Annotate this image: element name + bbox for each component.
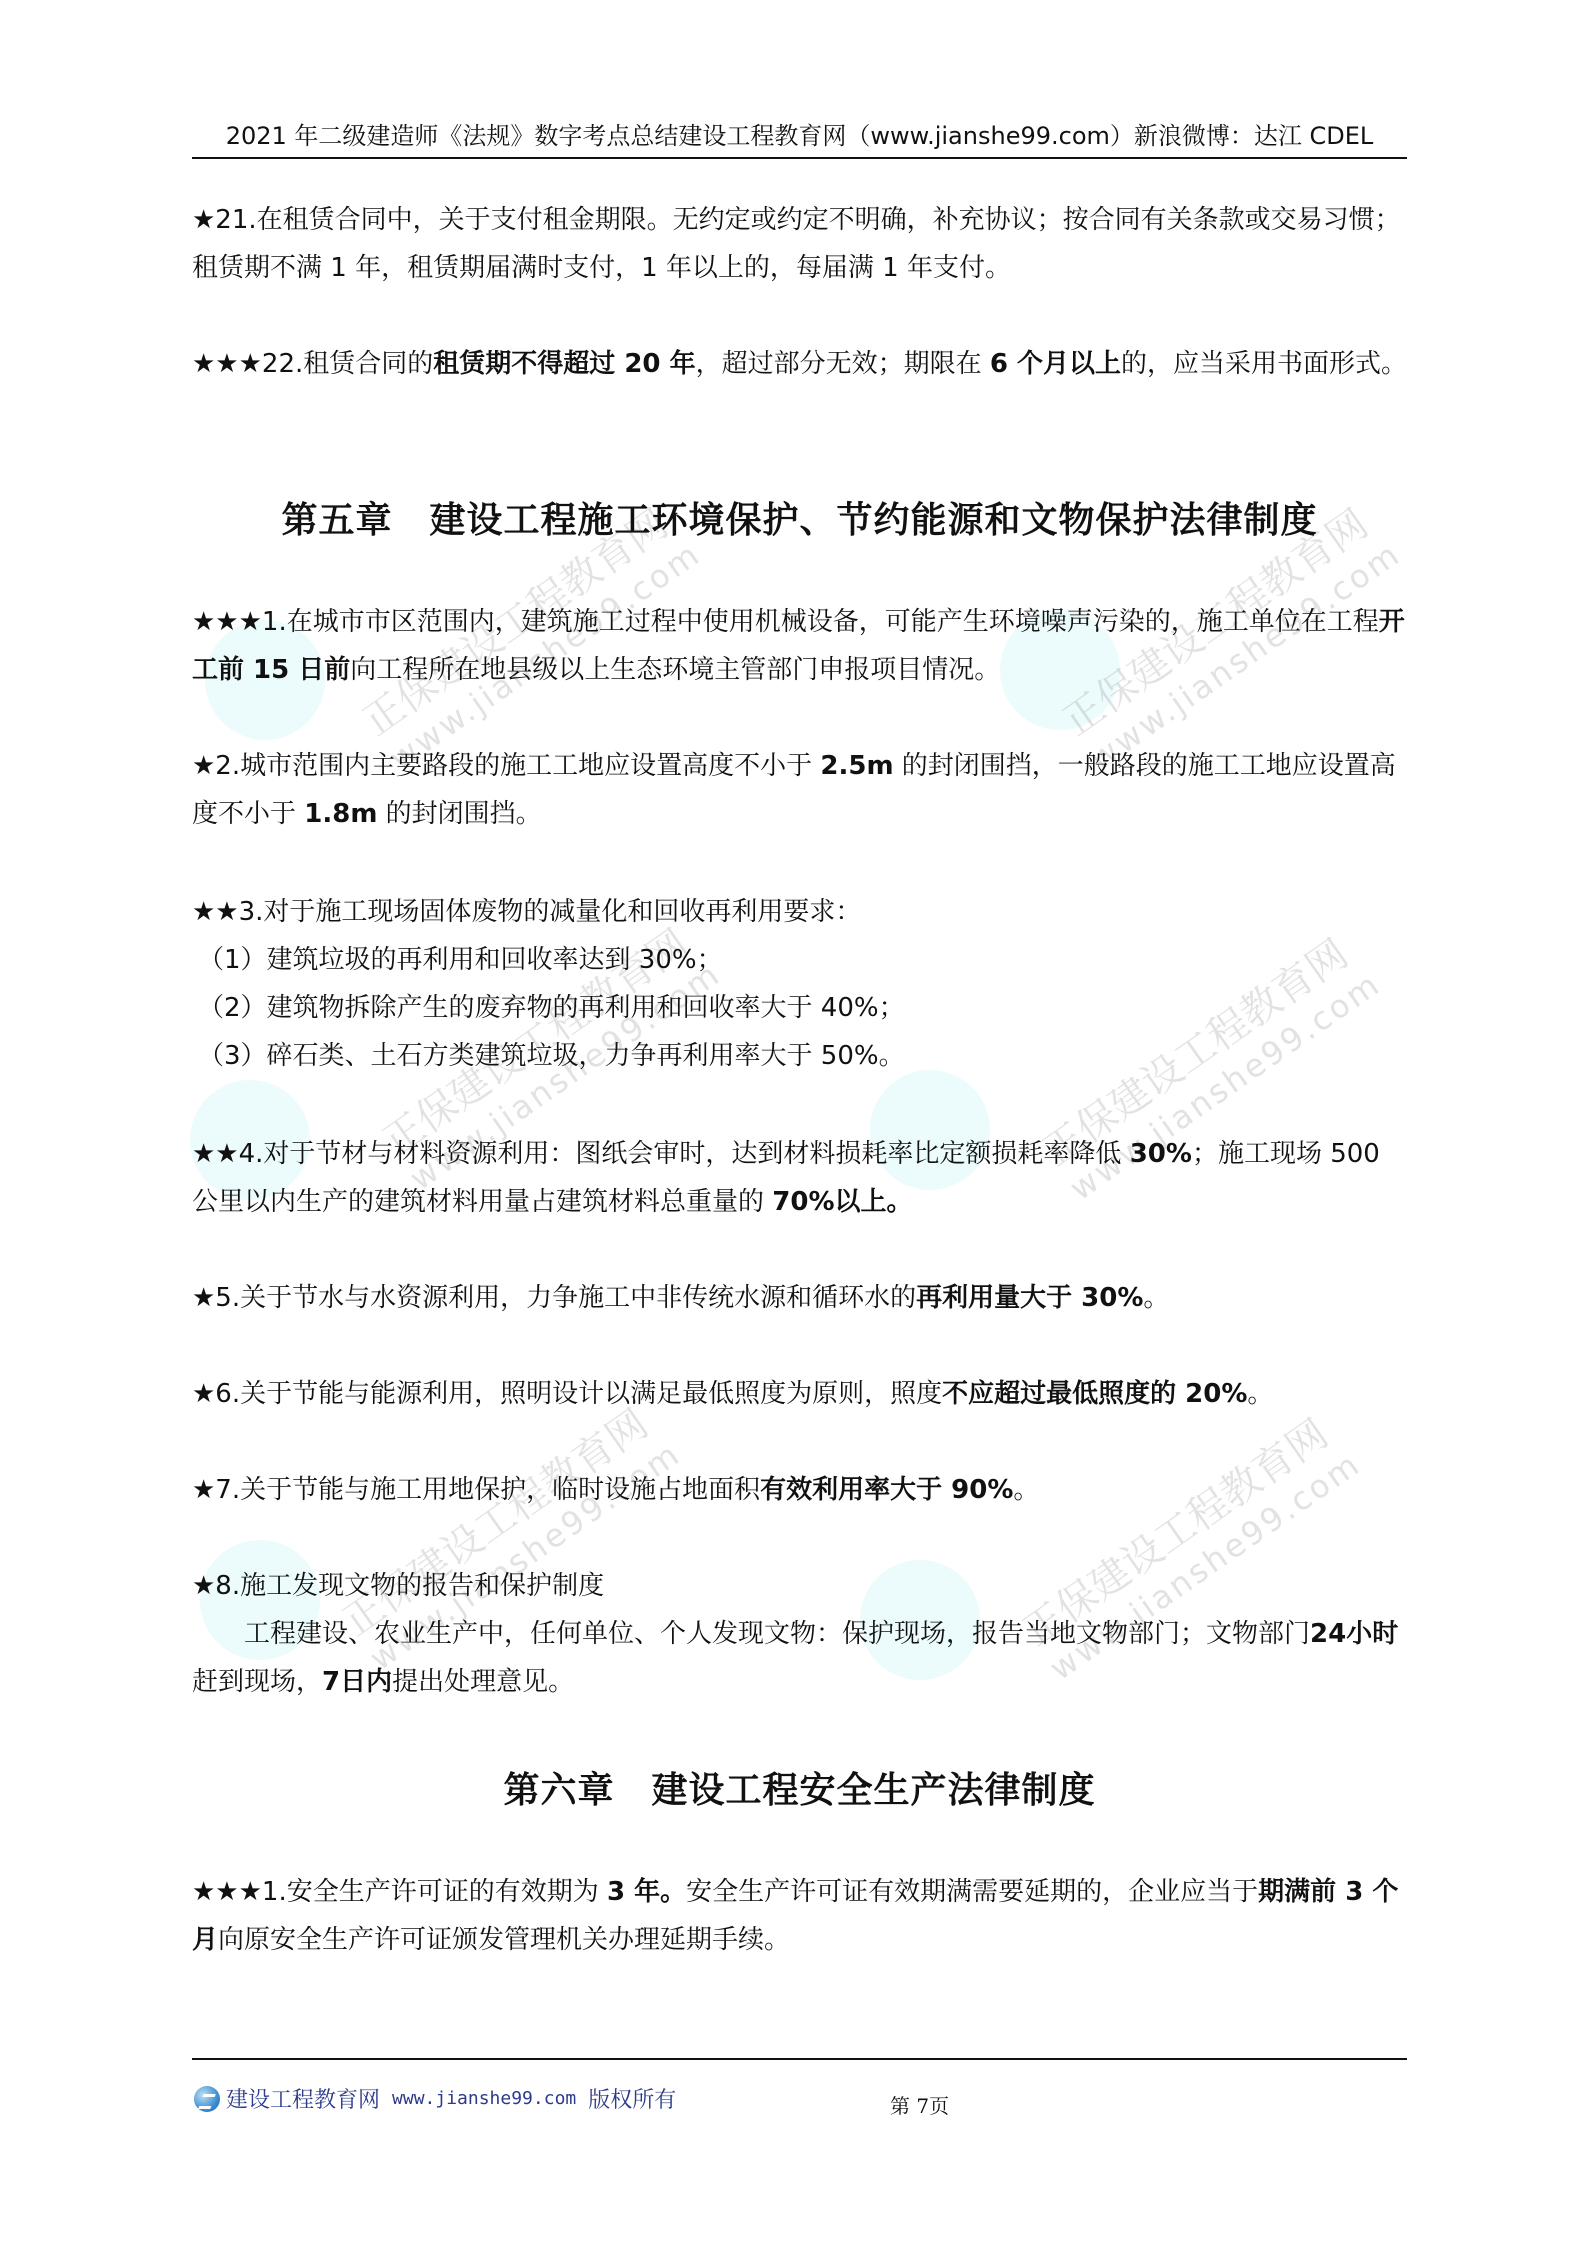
header-divider — [192, 157, 1407, 159]
footer-brand: 建设工程教育网 www.jianshe99.com 版权所有 — [194, 2083, 676, 2114]
ch5-item-3-sub-3: （3）碎石类、土石方类建筑垃圾，力争再利用率大于 50%。 — [192, 1032, 1407, 1080]
ch5-item-8-body: 工程建设、农业生产中，任何单位、个人发现文物：保护现场，报告当地文物部门；文物部… — [192, 1610, 1407, 1706]
page-header: 2021 年二级建造师《法规》数字考点总结建设工程教育网（www.jianshe… — [192, 116, 1407, 151]
footer-divider — [192, 2058, 1407, 2060]
ch5-item-3: ★★3.对于施工现场固体废物的减量化和回收再利用要求： （1）建筑垃圾的再利用和… — [192, 888, 1407, 1080]
footer-url: www.jianshe99.com — [392, 2088, 576, 2109]
chapter-6-title: 第六章 建设工程安全生产法律制度 — [192, 1762, 1407, 1813]
document-page: 正保建设工程教育网www.jianshe99.com 正保建设工程教育网www.… — [0, 0, 1587, 2245]
ch5-item-2: ★2.城市范围内主要路段的施工工地应设置高度不小于 2.5m 的封闭围挡，一般路… — [192, 742, 1407, 838]
ch5-item-4: ★★4.对于节材与材料资源利用：图纸会审时，达到材料损耗率比定额损耗率降低 30… — [192, 1130, 1407, 1226]
brand-logo-icon — [194, 2086, 220, 2112]
ch5-item-3-sub-1: （1）建筑垃圾的再利用和回收率达到 30%； — [192, 936, 1407, 984]
ch5-item-8: ★8.施工发现文物的报告和保护制度 工程建设、农业生产中，任何单位、个人发现文物… — [192, 1562, 1407, 1706]
ch5-item-3-sub-2: （2）建筑物拆除产生的废弃物的再利用和回收率大于 40%； — [192, 984, 1407, 1032]
footer-rights: 版权所有 — [588, 2083, 676, 2114]
ch5-item-7: ★7.关于节能与施工用地保护，临时设施占地面积有效利用率大于 90%。 — [192, 1466, 1407, 1514]
page-number: 第 7页 — [890, 2090, 949, 2119]
chapter-5-title: 第五章 建设工程施工环境保护、节约能源和文物保护法律制度 — [192, 492, 1407, 543]
ch5-item-1: ★★★1.在城市市区范围内，建筑施工过程中使用机械设备，可能产生环境噪声污染的，… — [192, 598, 1407, 694]
ch5-item-5: ★5.关于节水与水资源利用，力争施工中非传统水源和循环水的再利用量大于 30%。 — [192, 1274, 1407, 1322]
item-21: ★21.在租赁合同中，关于支付租金期限。无约定或约定不明确，补充协议；按合同有关… — [192, 196, 1407, 292]
item-22: ★★★22.租赁合同的租赁期不得超过 20 年，超过部分无效；期限在 6 个月以… — [192, 340, 1407, 388]
ch6-item-1: ★★★1.安全生产许可证的有效期为 3 年。安全生产许可证有效期满需要延期的，企… — [192, 1868, 1407, 1964]
footer-brand-name: 建设工程教育网 — [226, 2083, 380, 2114]
ch5-item-6: ★6.关于节能与能源利用，照明设计以满足最低照度为原则，照度不应超过最低照度的 … — [192, 1370, 1407, 1418]
